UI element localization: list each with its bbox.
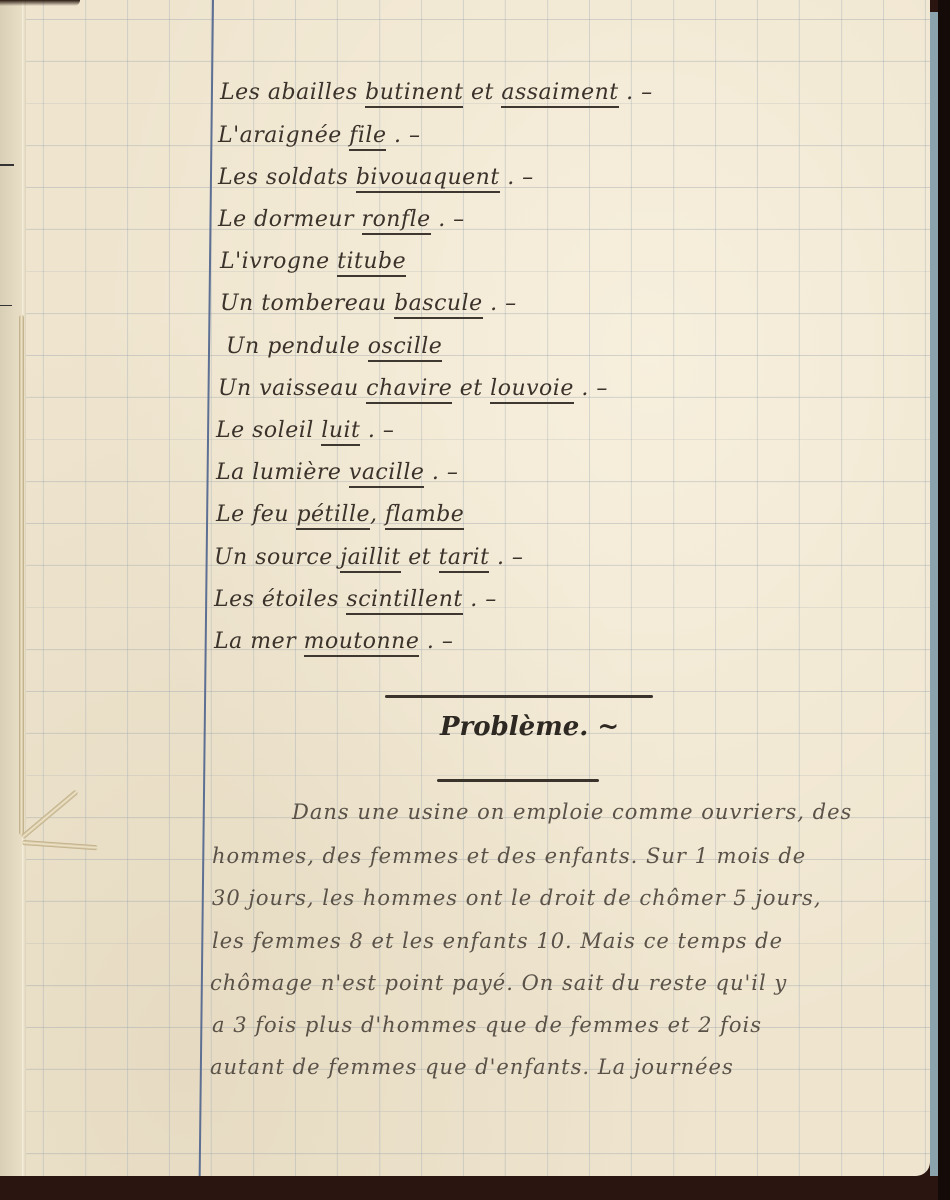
sentence-line: Les étoiles scintillent . – — [214, 589, 497, 611]
stub-ink-mark — [0, 305, 12, 306]
problem-line: Dans une usine on emploie comme ouvriers… — [292, 802, 852, 823]
problem-line: chômage n'est point payé. On sait du res… — [210, 973, 787, 994]
problem-line: autant de femmes que d'enfants. La journ… — [210, 1057, 734, 1078]
notebook-page: Les abailles butinent et assaiment . – L… — [0, 0, 930, 1176]
sentence-line: L'ivrogne titube — [220, 251, 406, 273]
sentence-line: Les abailles butinent et assaiment . – — [220, 82, 653, 104]
problem-line: hommes, des femmes et des enfants. Sur 1… — [212, 846, 806, 867]
sentence-line: Le dormeur ronfle . – — [218, 209, 465, 231]
section-heading: Problème. ~ — [440, 712, 619, 742]
heading-rule-bottom — [437, 779, 599, 782]
sentence-line: Le soleil luit . – — [216, 420, 394, 442]
problem-line: les femmes 8 et les enfants 10. Mais ce … — [212, 931, 783, 952]
sentence-line: Un tombereau bascule . – — [220, 293, 517, 315]
stub-ink-mark — [0, 164, 14, 166]
page-edge — [930, 12, 938, 1176]
binding-thread — [19, 315, 24, 835]
sentence-line: Le feu pétille, flambe — [216, 504, 464, 526]
sentence-line: Les soldats bivouaquent . – — [218, 167, 534, 189]
problem-line: a 3 fois plus d'hommes que de femmes et … — [212, 1015, 762, 1036]
background-edge — [938, 0, 950, 1200]
sentence-line: Un source jaillit et tarit . – — [214, 547, 523, 569]
problem-line: 30 jours, les hommes ont le droit de chô… — [212, 888, 822, 909]
page-shadow — [0, 0, 80, 6]
sentence-line: L'araignée file . – — [218, 125, 420, 147]
sentence-line: La mer moutonne . – — [214, 631, 453, 653]
sentence-line: Un vaisseau chavire et louvoie . – — [218, 378, 608, 400]
sentence-line: La lumière vacille . – — [216, 462, 458, 484]
heading-rule-top — [385, 695, 653, 698]
sentence-line: Un pendule oscille — [226, 336, 442, 358]
